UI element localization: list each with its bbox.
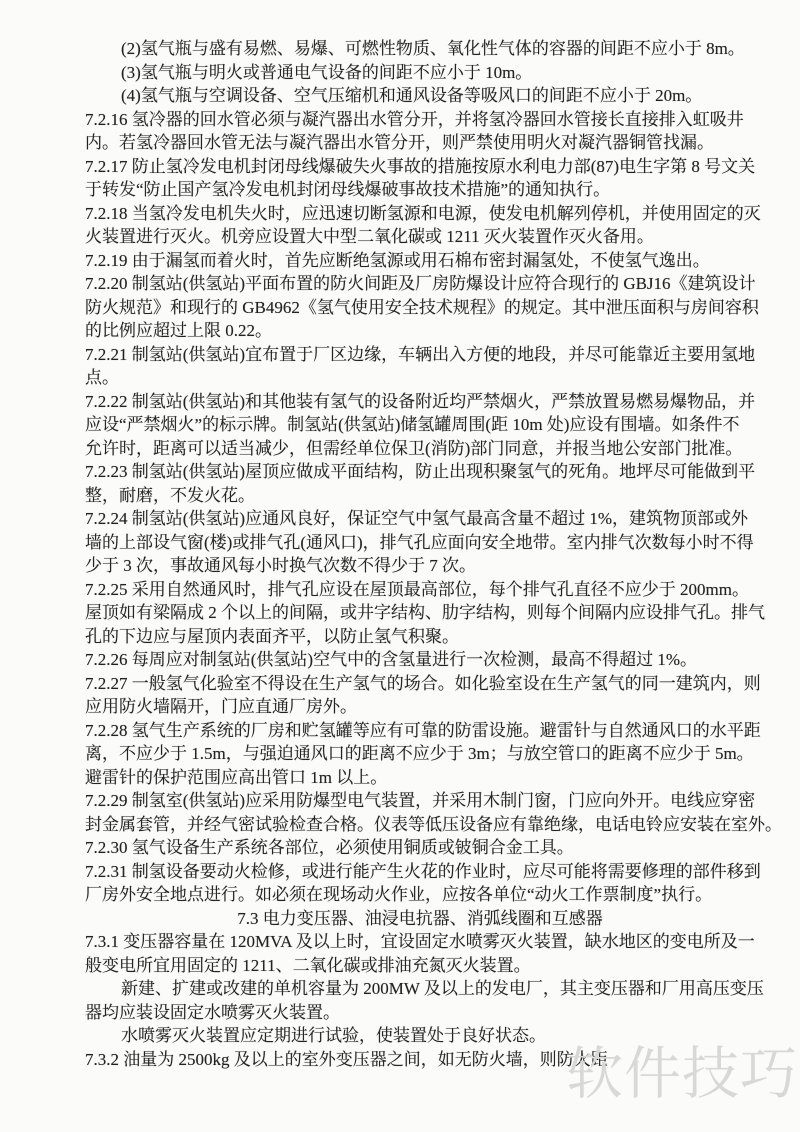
text-line: 7.2.18 当氢冷发电机失火时，应迅速切断氢源和电源，使发电机解列停机，并使用… <box>85 202 755 226</box>
text-line: (3)氢气瓶与明火或普通电气设备的间距不应小于 10m。 <box>85 61 755 85</box>
text-line: 封金属套管，并经气密试验检查合格。仪表等低压设备应有靠绝缘，电话电铃应安装在室外… <box>85 813 755 837</box>
text-line: 7.2.16 氢冷器的回水管必须与凝汽器出水管分开，并将氢冷器回水管接长直接排入… <box>85 108 755 132</box>
text-line: (4)氢气瓶与空调设备、空气压缩机和通风设备等吸风口的间距不应小于 20m。 <box>85 84 755 108</box>
text-line: 器均应装设固定水喷雾灭火装置。 <box>85 1001 755 1025</box>
text-line: 7.2.30 氢气设备生产系统各部位，必须使用铜质或铍铜合金工具。 <box>85 836 755 860</box>
text-line: 屋顶如有梁隔成 2 个以上的间隔，或井字结构、肋字结构，则每个间隔内应设排气孔。… <box>85 601 755 625</box>
text-line: 7.2.24 制氢站(供氢站)应通风良好，保证空气中氢气最高含量不超过 1%，建… <box>85 507 755 531</box>
text-line: 少于 3 次，事故通风每小时换气次数不得少于 7 次。 <box>85 554 755 578</box>
text-line: 内。若氢冷器回水管无法与凝汽器出水管分开，则严禁使用明火对凝汽器铜管找漏。 <box>85 131 755 155</box>
text-line: 厂房外安全地点进行。如必须在现场动火作业，应按各单位“动火工作票制度”执行。 <box>85 883 755 907</box>
text-line: 7.2.20 制氢站(供氢站)平面布置的防火间距及厂房防爆设计应符合现行的 GB… <box>85 272 755 296</box>
text-line: 应设“严禁烟火”的标示牌。制氢站(供氢站)储氢罐周围(距 10m 处)应设有围墙… <box>85 413 755 437</box>
section-heading: 7.3 电力变压器、油浸电抗器、消弧线圈和互感器 <box>85 907 755 931</box>
document-body: (2)氢气瓶与盛有易燃、易爆、可燃性物质、氧化性气体的容器的间距不应小于 8m。… <box>85 37 755 1071</box>
text-line: 离，不应少于 1.5m，与强迫通风口的距离不应少于 3m；与放空管口的距离不应少… <box>85 742 755 766</box>
document-page: (2)氢气瓶与盛有易燃、易爆、可燃性物质、氧化性气体的容器的间距不应小于 8m。… <box>0 0 800 1132</box>
text-line: 7.2.19 由于漏氢而着火时，首先应断绝氢源或用石棉布密封漏氢处，不使氢气逸出… <box>85 249 755 273</box>
text-line: 7.2.25 采用自然通风时，排气孔应设在屋顶最高部位，每个排气孔直径不应少于 … <box>85 578 755 602</box>
text-line: 7.2.21 制氢站(供氢站)宜布置于厂区边缘，车辆出入方便的地段，并尽可能靠近… <box>85 343 755 367</box>
text-line: 避雷针的保护范围应高出管口 1m 以上。 <box>85 766 755 790</box>
text-line: 火装置进行灭火。机旁应设置大中型二氧化碳或 1211 灭火装置作灭火备用。 <box>85 225 755 249</box>
text-line: 于转发“防止国产氢冷发电机封闭母线爆破事故技术措施”的通知执行。 <box>85 178 755 202</box>
text-line: 7.2.31 制氢设备要动火检修，或进行能产生火花的作业时，应尽可能将需要修理的… <box>85 860 755 884</box>
text-line: 的比例应超过上限 0.22。 <box>85 319 755 343</box>
text-line: 7.2.22 制氢站(供氢站)和其他装有氢气的设备附近均严禁烟火，严禁放置易燃易… <box>85 390 755 414</box>
text-line: 应用防火墙隔开，门应直通厂房外。 <box>85 695 755 719</box>
text-line: 7.2.29 制氢室(供氢站)应采用防爆型电气装置，并采用木制门窗，门应向外开。… <box>85 789 755 813</box>
text-line: 7.2.26 每周应对制氢站(供氢站)空气中的含氢量进行一次检测，最高不得超过 … <box>85 648 755 672</box>
text-line: 水喷雾灭火装置应定期进行试验，使装置处于良好状态。 <box>85 1024 755 1048</box>
text-line: 防火规范》和现行的 GB4962《氢气使用安全技术规程》的规定。其中泄压面积与房… <box>85 296 755 320</box>
text-line: 7.3.1 变压器容量在 120MVA 及以上时，宜设固定水喷雾灭火装置，缺水地… <box>85 930 755 954</box>
text-line: 7.2.27 一般氢气化验室不得设在生产氢气的场合。如化验室设在生产氢气的同一建… <box>85 672 755 696</box>
text-line: 7.3.2 油量为 2500kg 及以上的室外变压器之间，如无防火墙，则防火距 <box>85 1048 755 1072</box>
text-line: 新建、扩建或改建的单机容量为 200MW 及以上的发电厂，其主变压器和厂用高压变… <box>85 977 755 1001</box>
text-line: 般变电所宜用固定的 1211、二氧化碳或排油充氮灭火装置。 <box>85 954 755 978</box>
text-line: 点。 <box>85 366 755 390</box>
text-line: 整，耐磨，不发火花。 <box>85 484 755 508</box>
text-line: 允许时，距离可以适当减少，但需经单位保卫(消防)部门同意，并报当地公安部门批准。 <box>85 437 755 461</box>
text-line: 7.2.23 制氢站(供氢站)屋顶应做成平面结构，防止出现积聚氢气的死角。地坪尽… <box>85 460 755 484</box>
text-line: 孔的下边应与屋顶内表面齐平，以防止氢气积聚。 <box>85 625 755 649</box>
text-line: (2)氢气瓶与盛有易燃、易爆、可燃性物质、氧化性气体的容器的间距不应小于 8m。 <box>85 37 755 61</box>
text-line: 墙的上部设气窗(楼)或排气孔(通风口)，排气孔应面向安全地带。室内排气次数每小时… <box>85 531 755 555</box>
text-line: 7.2.28 氢气生产系统的厂房和贮氢罐等应有可靠的防雷设施。避雷针与自然通风口… <box>85 719 755 743</box>
text-line: 7.2.17 防止氢冷发电机封闭母线爆破失火事故的措施按原水利电力部(87)电生… <box>85 155 755 179</box>
